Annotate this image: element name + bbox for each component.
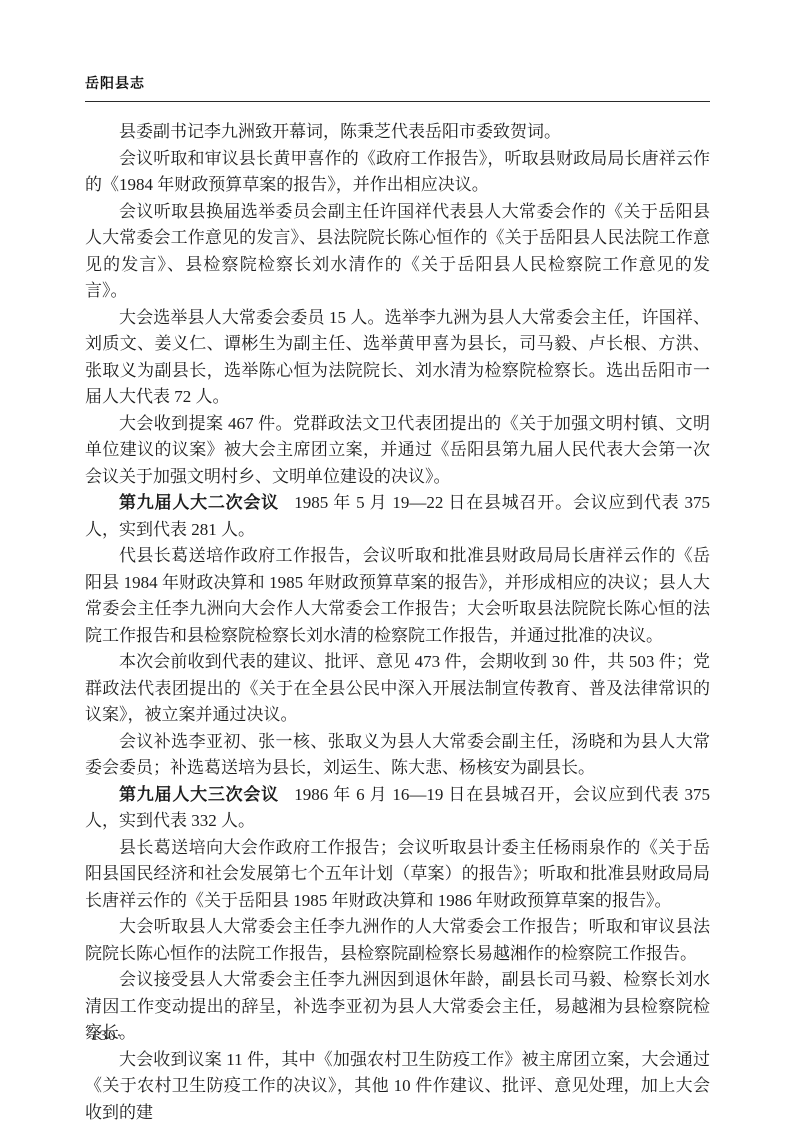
paragraph: 大会听取县人大常委会主任李九洲作的人大常委会工作报告；听取和审议县法院院长陈心恒…	[85, 914, 710, 967]
paragraph-text: 会议听取县换届选举委员会副主任许国祥代表县人大常委会作的《关于岳阳县人大常委会工…	[85, 202, 710, 301]
paragraph-lead: 第九届人大三次会议	[119, 785, 294, 804]
book-title: 岳阳县志	[85, 74, 710, 92]
paragraph-text: 县长葛送培向大会作政府工作报告；会议听取县计委主任杨雨泉作的《关于岳阳县国民经济…	[85, 838, 710, 910]
paragraph-text: 本次会前收到代表的建议、批评、意见 473 件，会期收到 30 件，共 503 …	[85, 652, 710, 724]
document-page: 岳阳县志 县委副书记李九洲致开幕词，陈秉芝代表岳阳市委致贺词。会议听取和审议县长…	[0, 0, 793, 1122]
paragraph: 第九届人大三次会议1986 年 6 月 16—19 日在县城召开，会议应到代表 …	[85, 782, 710, 835]
paragraph-text: 大会收到议案 11 件，其中《加强农村卫生防疫工作》被主席团立案，大会通过《关于…	[85, 1050, 710, 1122]
paragraph-text: 大会收到提案 467 件。党群政法文卫代表团提出的《关于加强文明村镇、文明单位建…	[85, 414, 710, 486]
paragraph-lead: 第九届人大二次会议	[119, 493, 294, 512]
paragraph: 会议接受县人大常委会主任李九洲因到退休年龄，副县长司马毅、检察长刘水清因工作变动…	[85, 967, 710, 1047]
paragraph: 县委副书记李九洲致开幕词，陈秉芝代表岳阳市委致贺词。	[85, 119, 710, 146]
paragraph: 会议补选李亚初、张一核、张取义为县人大常委会副主任，汤晓和为县人大常委会委员；补…	[85, 729, 710, 782]
paragraph: 第九届人大二次会议1985 年 5 月 19—22 日在县城召开。会议应到代表 …	[85, 490, 710, 543]
header-rule	[85, 101, 710, 102]
paragraph: 大会选举县人大常委会委员 15 人。选举李九洲为县人大常委会主任，许国祥、刘质文…	[85, 305, 710, 411]
paragraph-text: 会议听取和审议县长黄甲喜作的《政府工作报告》，听取县财政局局长唐祥云作的《198…	[85, 149, 710, 195]
paragraph: 本次会前收到代表的建议、批评、意见 473 件，会期收到 30 件，共 503 …	[85, 649, 710, 729]
paragraph-text: 代县长葛送培作政府工作报告，会议听取和批准县财政局局长唐祥云作的《岳阳县 198…	[85, 546, 710, 645]
paragraph-text: 会议接受县人大常委会主任李九洲因到退休年龄，副县长司马毅、检察长刘水清因工作变动…	[85, 970, 710, 1042]
paragraph-text: 大会听取县人大常委会主任李九洲作的人大常委会工作报告；听取和审议县法院院长陈心恒…	[85, 917, 710, 963]
paragraph: 代县长葛送培作政府工作报告，会议听取和批准县财政局局长唐祥云作的《岳阳县 198…	[85, 543, 710, 649]
paragraph: 县长葛送培向大会作政府工作报告；会议听取县计委主任杨雨泉作的《关于岳阳县国民经济…	[85, 835, 710, 915]
paragraph: 大会收到议案 11 件，其中《加强农村卫生防疫工作》被主席团立案，大会通过《关于…	[85, 1047, 710, 1122]
paragraph: 会议听取县换届选举委员会副主任许国祥代表县人大常委会作的《关于岳阳县人大常委会工…	[85, 199, 710, 305]
paragraph: 会议听取和审议县长黄甲喜作的《政府工作报告》，听取县财政局局长唐祥云作的《198…	[85, 146, 710, 199]
paragraph-text: 会议补选李亚初、张一核、张取义为县人大常委会副主任，汤晓和为县人大常委会委员；补…	[85, 732, 710, 778]
content-area: 岳阳县志 县委副书记李九洲致开幕词，陈秉芝代表岳阳市委致贺词。会议听取和审议县长…	[85, 0, 710, 1122]
paragraph-text: 县委副书记李九洲致开幕词，陈秉芝代表岳阳市委致贺词。	[119, 122, 561, 141]
paragraph-text: 大会选举县人大常委会委员 15 人。选举李九洲为县人大常委会主任，许国祥、刘质文…	[85, 308, 710, 407]
page-number: ·130·	[85, 1026, 123, 1046]
paragraph: 大会收到提案 467 件。党群政法文卫代表团提出的《关于加强文明村镇、文明单位建…	[85, 411, 710, 491]
body-text: 县委副书记李九洲致开幕词，陈秉芝代表岳阳市委致贺词。会议听取和审议县长黄甲喜作的…	[85, 119, 710, 1122]
